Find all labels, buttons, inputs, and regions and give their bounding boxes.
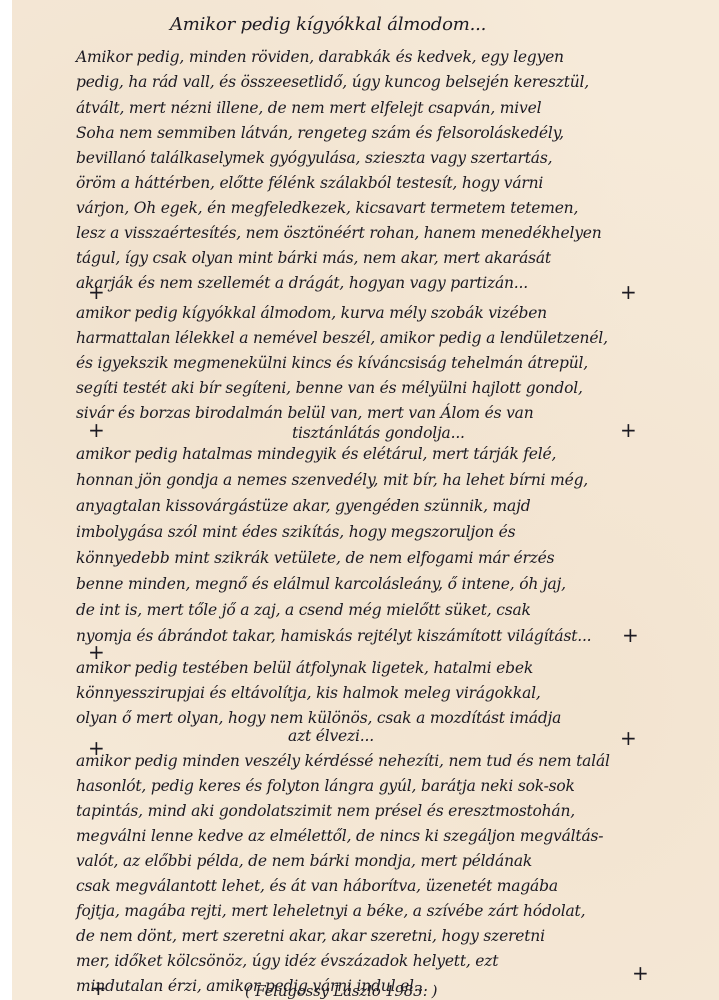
poem-line: megválni lenne kedve az elmélettől, de n…	[76, 827, 603, 845]
poem-line: nyomja és ábrándot takar, hamiskás rejté…	[76, 627, 591, 645]
poem-line: honnan jön gondja a nemes szenvedély, mi…	[76, 471, 588, 489]
poem-line: fojtja, magába rejti, mert leheletnyi a …	[76, 902, 585, 920]
poem-line: sivár és borzas birodalmán belül van, me…	[76, 404, 533, 422]
poem-line: tapintás, mind aki gondolatszimit nem pr…	[76, 802, 575, 820]
cross-mark: +	[632, 963, 649, 983]
poem-line: hasonlót, pedig keres és folyton lángra …	[76, 777, 575, 795]
poem-line: átvált, mert nézni illene, de nem mert e…	[76, 99, 541, 117]
cross-mark: +	[90, 978, 107, 998]
cross-mark: +	[88, 420, 105, 440]
cross-mark: +	[620, 282, 637, 302]
poem-line: segíti testét aki bír segíteni, benne va…	[76, 379, 583, 397]
poem-line: tágul, így csak olyan mint bárki más, ne…	[76, 249, 551, 267]
poem-line: könnyedebb mint szikrák vetülete, de nem…	[76, 549, 554, 567]
poem-line: bevillanó találkaselymek gyógyulása, szi…	[76, 149, 552, 167]
poem-line: amikor pedig testében belül átfolynak li…	[76, 659, 533, 677]
cross-mark: +	[622, 625, 639, 645]
poem-line: de int is, mert tőle jő a zaj, a csend m…	[76, 601, 531, 619]
poem-line: csak megválantott lehet, és át van hábor…	[76, 877, 558, 895]
poem-line: harmattalan lélekkel a nemével beszél, a…	[76, 329, 608, 347]
poem-line: benne minden, megnő és elálmul karcolásl…	[76, 575, 566, 593]
poem-line: azt élvezi...	[288, 727, 374, 745]
poem-line: valót, az előbbi példa, de nem bárki mon…	[76, 852, 532, 870]
poem-line: imbolygása szól mint édes szikítás, hogy…	[76, 523, 515, 541]
poem-line: amikor pedig hatalmas mindegyik és elétá…	[76, 445, 556, 463]
cross-mark: +	[620, 728, 637, 748]
poem-line: könnyesszirupjai és eltávolítja, kis hal…	[76, 684, 541, 702]
poem-line: amikor pedig kígyókkal álmodom, kurva mé…	[76, 304, 547, 322]
poem-line: Soha nem semmiben látván, rengeteg szám …	[76, 124, 564, 142]
poem-line: Amikor pedig, minden röviden, darabkák é…	[76, 48, 564, 66]
poem-line: amikor pedig minden veszély kérdéssé neh…	[76, 752, 610, 770]
poem-line: lesz a visszaértesítés, nem ösztönéért r…	[76, 224, 602, 242]
poem-line: akarják és nem szellemét a drágát, hogya…	[76, 274, 528, 292]
poem-line: várjon, Oh egek, én megfeledkezek, kicsa…	[76, 199, 578, 217]
signature: ( Felugossy László 1983. )	[245, 982, 437, 1000]
poem-line: öröm a háttérben, előtte félénk szálakbó…	[76, 174, 543, 192]
poem-line: mer, időket kölcsönöz, úgy idéz évszázad…	[76, 952, 498, 970]
poem-line: anyagtalan kissovárgástüze akar, gyengéd…	[76, 497, 530, 515]
cross-mark: +	[88, 282, 105, 302]
poem-line: tisztánlátás gondolja...	[292, 424, 465, 442]
poem-line: pedig, ha rád vall, és összeesetlidő, úg…	[76, 73, 589, 91]
poem-title: Amikor pedig kígyókkal álmodom...	[170, 14, 486, 35]
poem-line: de nem dönt, mert szeretni akar, akar sz…	[76, 927, 545, 945]
poem-line: és igyekszik megmenekülni kincs és kíván…	[76, 354, 588, 372]
cross-mark: +	[620, 420, 637, 440]
poem-line: olyan ő mert olyan, hogy nem különös, cs…	[76, 709, 561, 727]
